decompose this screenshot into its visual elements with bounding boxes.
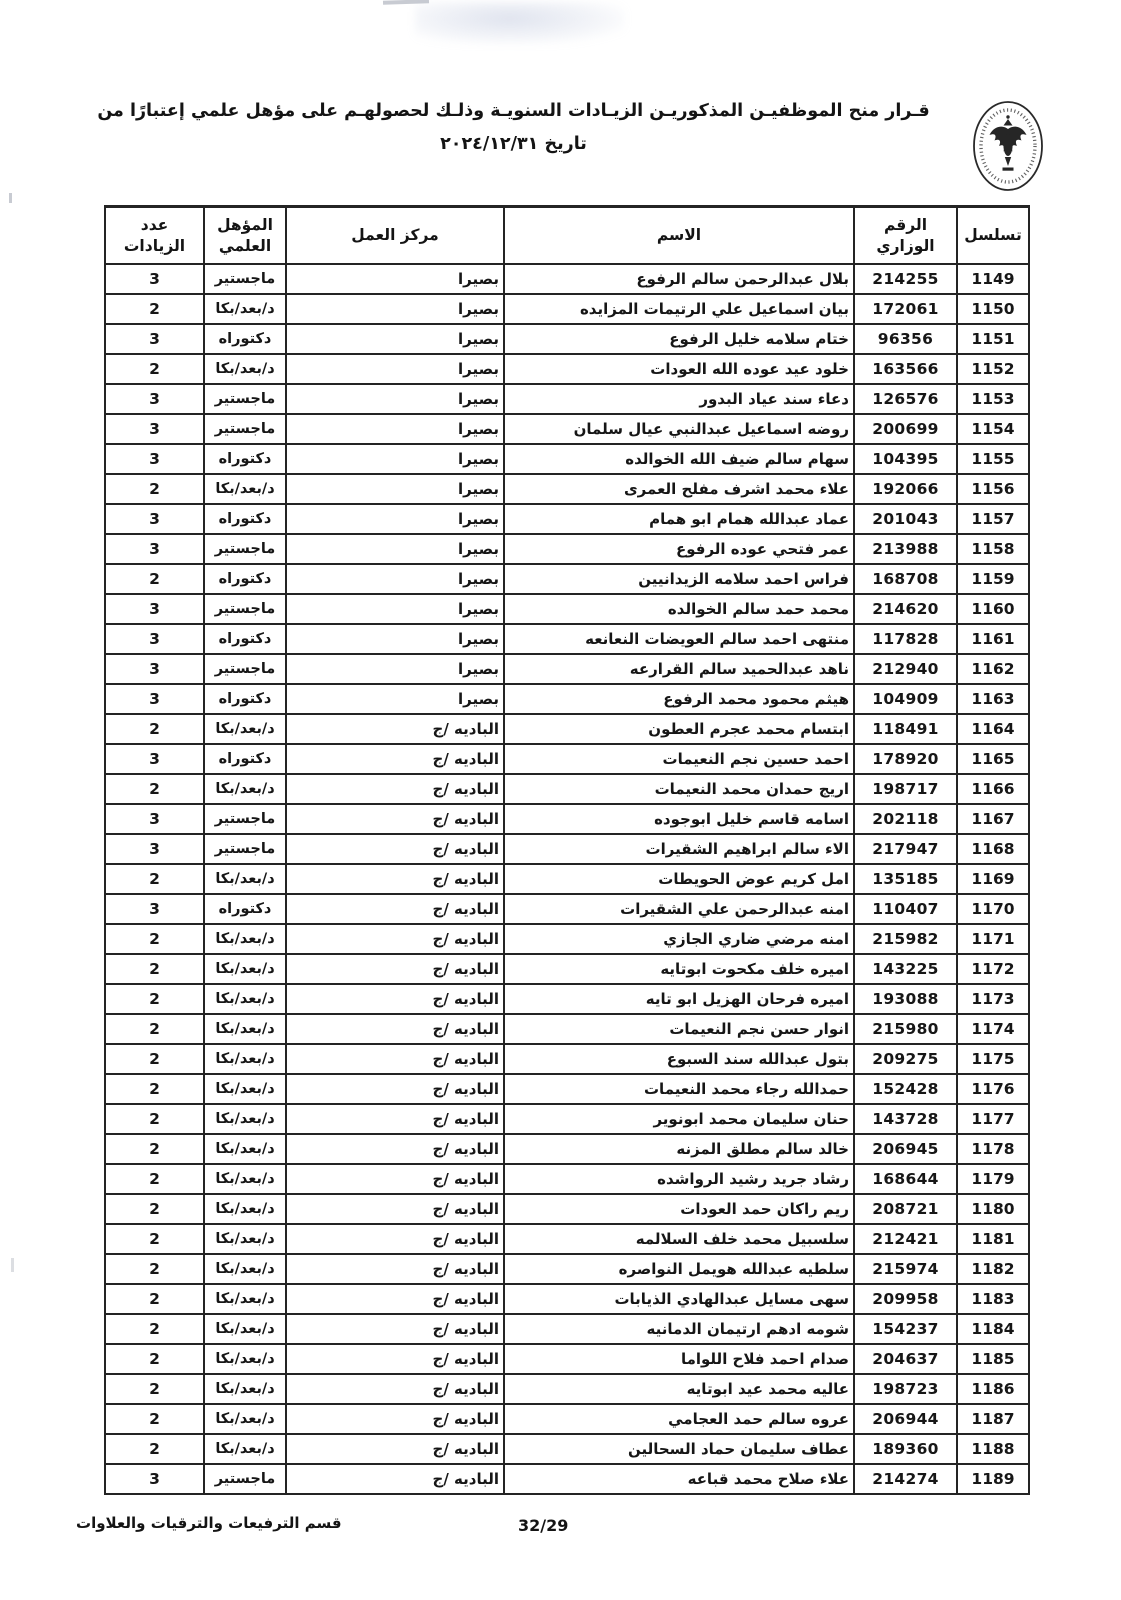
cell-work_center: الباديه /ج (286, 834, 504, 864)
table-row: 1155104395سهام سالم ضيف الله الخوالدهبصي… (105, 444, 1029, 474)
cell-qualification: د/بعد/بكا (204, 774, 286, 804)
cell-name: محمد حمد سالم الخوالده (504, 594, 854, 624)
cell-qualification: د/بعد/بكا (204, 1194, 286, 1224)
table-row: 1149214255بلال عبدالرحمن سالم الرفوعبصير… (105, 264, 1029, 294)
cell-qualification: دكتوراه (204, 564, 286, 594)
cell-name: خلود عيد عوده الله العودات (504, 354, 854, 384)
cell-work_center: الباديه /ج (286, 1434, 504, 1464)
cell-work_center: الباديه /ج (286, 1314, 504, 1344)
table-row: 1166198717اريج حمدان محمد النعيماتالبادي… (105, 774, 1029, 804)
cell-ministry_number: 104909 (854, 684, 957, 714)
cell-increments: 2 (105, 354, 204, 384)
cell-serial: 1173 (957, 984, 1029, 1014)
table-row: 1177143728حنان سليمان محمد ابونويرالبادي… (105, 1104, 1029, 1134)
cell-qualification: دكتوراه (204, 624, 286, 654)
document-footer: قسم الترفيعات والترقيات والعلاوات 32/29 (0, 1514, 1121, 1544)
cell-ministry_number: 214255 (854, 264, 957, 294)
table-row: 1158213988عمر فتحي عوده الرفوعبصيراماجست… (105, 534, 1029, 564)
cell-ministry_number: 215974 (854, 1254, 957, 1284)
table-row: 1174215980انوار حسن نجم النعيماتالباديه … (105, 1014, 1029, 1044)
cell-qualification: د/بعد/بكا (204, 924, 286, 954)
cell-serial: 1187 (957, 1404, 1029, 1434)
table-row: 1168217947الاء سالم ابراهيم الشقيراتالبا… (105, 834, 1029, 864)
cell-increments: 3 (105, 834, 204, 864)
cell-qualification: د/بعد/بكا (204, 1344, 286, 1374)
cell-work_center: بصيرا (286, 654, 504, 684)
cell-ministry_number: 198717 (854, 774, 957, 804)
cell-increments: 2 (105, 1044, 204, 1074)
cell-serial: 1183 (957, 1284, 1029, 1314)
cell-qualification: ماجستير (204, 834, 286, 864)
table-row: 1188189360عطاف سليمان حماد السحالينالباد… (105, 1434, 1029, 1464)
cell-serial: 1171 (957, 924, 1029, 954)
table-row: 115196356ختام سلامه خليل الرفوعبصيرادكتو… (105, 324, 1029, 354)
cell-name: روضه اسماعيل عبدالنبي عيال سلمان (504, 414, 854, 444)
cell-name: علاء صلاح محمد قباعه (504, 1464, 854, 1494)
table-row: 1176152428حمدالله رجاء محمد النعيماتالبا… (105, 1074, 1029, 1104)
cell-ministry_number: 214274 (854, 1464, 957, 1494)
cell-name: اميره خلف مكحوت ابوتايه (504, 954, 854, 984)
cell-serial: 1149 (957, 264, 1029, 294)
cell-ministry_number: 96356 (854, 324, 957, 354)
cell-serial: 1181 (957, 1224, 1029, 1254)
table-row: 1152163566خلود عيد عوده الله العوداتبصير… (105, 354, 1029, 384)
cell-qualification: د/بعد/بكا (204, 1284, 286, 1314)
cell-work_center: بصيرا (286, 564, 504, 594)
cell-serial: 1175 (957, 1044, 1029, 1074)
cell-qualification: د/بعد/بكا (204, 1314, 286, 1344)
table-row: 1182215974سلطيه عبدالله هويمل النواصرهال… (105, 1254, 1029, 1284)
cell-work_center: بصيرا (286, 504, 504, 534)
cell-ministry_number: 104395 (854, 444, 957, 474)
cell-qualification: د/بعد/بكا (204, 1254, 286, 1284)
cell-qualification: د/بعد/بكا (204, 714, 286, 744)
increments-table: تسلسل الرقم الوزاري الاسم مركز العمل الم… (104, 205, 1030, 1495)
cell-serial: 1189 (957, 1464, 1029, 1494)
cell-name: امنه عبدالرحمن علي الشقيرات (504, 894, 854, 924)
col-header-qualification: المؤهل العلمي (204, 207, 286, 265)
cell-name: عمر فتحي عوده الرفوع (504, 534, 854, 564)
table-row: 1175209275بتول عبدالله سند السبوعالباديه… (105, 1044, 1029, 1074)
cell-increments: 2 (105, 924, 204, 954)
cell-name: سهى مسايل عبدالهادي الذيابات (504, 1284, 854, 1314)
cell-work_center: بصيرا (286, 474, 504, 504)
cell-increments: 2 (105, 1434, 204, 1464)
cell-increments: 2 (105, 1104, 204, 1134)
cell-ministry_number: 202118 (854, 804, 957, 834)
cell-qualification: دكتوراه (204, 744, 286, 774)
cell-qualification: د/بعد/بكا (204, 1404, 286, 1434)
cell-serial: 1158 (957, 534, 1029, 564)
cell-work_center: بصيرا (286, 414, 504, 444)
footer-page-number: 32/29 (518, 1516, 568, 1535)
cell-ministry_number: 143225 (854, 954, 957, 984)
cell-work_center: بصيرا (286, 594, 504, 624)
cell-ministry_number: 206945 (854, 1134, 957, 1164)
cell-name: دعاء سند عياد البدور (504, 384, 854, 414)
cell-qualification: ماجستير (204, 594, 286, 624)
cell-serial: 1164 (957, 714, 1029, 744)
cell-increments: 3 (105, 534, 204, 564)
cell-qualification: د/بعد/بكا (204, 1224, 286, 1254)
table-row: 1178206945خالد سالم مطلق المزنهالباديه /… (105, 1134, 1029, 1164)
cell-name: احمد حسين نجم النعيمات (504, 744, 854, 774)
cell-ministry_number: 200699 (854, 414, 957, 444)
cell-qualification: دكتوراه (204, 684, 286, 714)
cell-serial: 1154 (957, 414, 1029, 444)
cell-ministry_number: 206944 (854, 1404, 957, 1434)
cell-serial: 1163 (957, 684, 1029, 714)
cell-increments: 3 (105, 444, 204, 474)
table-row: 1160214620محمد حمد سالم الخوالدهبصيراماج… (105, 594, 1029, 624)
cell-increments: 2 (105, 1374, 204, 1404)
cell-serial: 1184 (957, 1314, 1029, 1344)
cell-serial: 1166 (957, 774, 1029, 804)
cell-increments: 2 (105, 1194, 204, 1224)
cell-serial: 1186 (957, 1374, 1029, 1404)
cell-name: عروه سالم حمد العجامي (504, 1404, 854, 1434)
col-header-serial: تسلسل (957, 207, 1029, 265)
cell-ministry_number: 193088 (854, 984, 957, 1014)
decision-title-text: قـرار منح الموظفيـن المذكوريـن الزيـادات… (70, 98, 957, 125)
cell-increments: 3 (105, 594, 204, 624)
cell-work_center: الباديه /ج (286, 804, 504, 834)
cell-work_center: الباديه /ج (286, 1344, 504, 1374)
cell-increments: 2 (105, 1314, 204, 1344)
cell-work_center: بصيرا (286, 684, 504, 714)
cell-increments: 2 (105, 1404, 204, 1434)
cell-ministry_number: 212940 (854, 654, 957, 684)
cell-work_center: الباديه /ج (286, 1284, 504, 1314)
cell-ministry_number: 198723 (854, 1374, 957, 1404)
cell-name: سلسبيل محمد خلف السلالمه (504, 1224, 854, 1254)
cell-serial: 1165 (957, 744, 1029, 774)
table-row: 1185204637صدام احمد فلاح اللواماالباديه … (105, 1344, 1029, 1374)
cell-work_center: الباديه /ج (286, 1134, 504, 1164)
table-row: 1154200699روضه اسماعيل عبدالنبي عيال سلم… (105, 414, 1029, 444)
cell-qualification: ماجستير (204, 654, 286, 684)
cell-ministry_number: 215980 (854, 1014, 957, 1044)
cell-serial: 1153 (957, 384, 1029, 414)
cell-name: ريم راكان حمد العودات (504, 1194, 854, 1224)
cell-work_center: الباديه /ج (286, 864, 504, 894)
cell-serial: 1174 (957, 1014, 1029, 1044)
cell-work_center: الباديه /ج (286, 1074, 504, 1104)
cell-work_center: الباديه /ج (286, 1104, 504, 1134)
cell-increments: 2 (105, 864, 204, 894)
cell-serial: 1157 (957, 504, 1029, 534)
cell-ministry_number: 192066 (854, 474, 957, 504)
cell-increments: 2 (105, 1254, 204, 1284)
scan-speck (11, 1258, 14, 1272)
table-header: تسلسل الرقم الوزاري الاسم مركز العمل الم… (105, 207, 1029, 265)
col-header-increments: عدد الزيادات (105, 207, 204, 265)
cell-ministry_number: 117828 (854, 624, 957, 654)
cell-work_center: الباديه /ج (286, 1194, 504, 1224)
table-row: 1170110407امنه عبدالرحمن علي الشقيراتالب… (105, 894, 1029, 924)
cell-work_center: بصيرا (286, 354, 504, 384)
table-row: 1184154237شومه ادهم ارتيمان الدمانيهالبا… (105, 1314, 1029, 1344)
cell-work_center: بصيرا (286, 294, 504, 324)
cell-work_center: الباديه /ج (286, 924, 504, 954)
cell-name: بتول عبدالله سند السبوع (504, 1044, 854, 1074)
cell-name: حنان سليمان محمد ابونوير (504, 1104, 854, 1134)
cell-name: بيان اسماعيل علي الرتيمات المزايده (504, 294, 854, 324)
cell-ministry_number: 215982 (854, 924, 957, 954)
document-header: قـرار منح الموظفيـن المذكوريـن الزيـادات… (70, 96, 1045, 194)
table-row: 1156192066علاء محمد اشرف مفلح العمرىبصير… (105, 474, 1029, 504)
table-row: 1189214274علاء صلاح محمد قباعهالباديه /ج… (105, 1464, 1029, 1494)
cell-serial: 1172 (957, 954, 1029, 984)
cell-increments: 3 (105, 504, 204, 534)
cell-name: انوار حسن نجم النعيمات (504, 1014, 854, 1044)
cell-serial: 1168 (957, 834, 1029, 864)
cell-qualification: د/بعد/بكا (204, 954, 286, 984)
table-row: 1162212940ناهد عبدالحميد سالم القرارعهبص… (105, 654, 1029, 684)
cell-ministry_number: 163566 (854, 354, 957, 384)
cell-increments: 3 (105, 1464, 204, 1494)
cell-name: اميره فرحان الهزيل ابو تايه (504, 984, 854, 1014)
table-row: 1167202118اسامه قاسم خليل ابوجودهالباديه… (105, 804, 1029, 834)
cell-ministry_number: 201043 (854, 504, 957, 534)
cell-increments: 2 (105, 954, 204, 984)
cell-increments: 3 (105, 684, 204, 714)
table-row: 1157201043عماد عبدالله همام ابو همامبصير… (105, 504, 1029, 534)
cell-name: خالد سالم مطلق المزنه (504, 1134, 854, 1164)
cell-name: ختام سلامه خليل الرفوع (504, 324, 854, 354)
cell-qualification: د/بعد/بكا (204, 1374, 286, 1404)
cell-qualification: ماجستير (204, 1464, 286, 1494)
table-row: 1183209958سهى مسايل عبدالهادي الذياباتال… (105, 1284, 1029, 1314)
cell-increments: 3 (105, 264, 204, 294)
cell-work_center: الباديه /ج (286, 954, 504, 984)
cell-serial: 1169 (957, 864, 1029, 894)
cell-ministry_number: 209275 (854, 1044, 957, 1074)
cell-ministry_number: 214620 (854, 594, 957, 624)
cell-serial: 1155 (957, 444, 1029, 474)
cell-serial: 1188 (957, 1434, 1029, 1464)
cell-increments: 2 (105, 714, 204, 744)
cell-name: امنه مرضي ضاري الجازي (504, 924, 854, 954)
cell-serial: 1176 (957, 1074, 1029, 1104)
cell-increments: 2 (105, 1074, 204, 1104)
cell-increments: 3 (105, 624, 204, 654)
cell-ministry_number: 135185 (854, 864, 957, 894)
cell-ministry_number: 118491 (854, 714, 957, 744)
cell-work_center: الباديه /ج (286, 1014, 504, 1044)
cell-serial: 1185 (957, 1344, 1029, 1374)
cell-ministry_number: 189360 (854, 1434, 957, 1464)
table-row: 1164118491ابتسام محمد عجرم العطونالباديه… (105, 714, 1029, 744)
cell-increments: 2 (105, 564, 204, 594)
col-header-name: الاسم (504, 207, 854, 265)
cell-name: فراس احمد سلامه الزيدانيين (504, 564, 854, 594)
cell-qualification: دكتوراه (204, 504, 286, 534)
cell-qualification: ماجستير (204, 384, 286, 414)
cell-work_center: بصيرا (286, 534, 504, 564)
cell-work_center: الباديه /ج (286, 1464, 504, 1494)
cell-ministry_number: 126576 (854, 384, 957, 414)
cell-serial: 1159 (957, 564, 1029, 594)
table-body: 1149214255بلال عبدالرحمن سالم الرفوعبصير… (105, 264, 1029, 1494)
cell-serial: 1182 (957, 1254, 1029, 1284)
cell-work_center: الباديه /ج (286, 714, 504, 744)
cell-qualification: ماجستير (204, 804, 286, 834)
cell-qualification: دكتوراه (204, 324, 286, 354)
cell-name: عاليه محمد عيد ابوتايه (504, 1374, 854, 1404)
cell-qualification: د/بعد/بكا (204, 1074, 286, 1104)
cell-increments: 3 (105, 804, 204, 834)
table-row: 1172143225اميره خلف مكحوت ابوتايهالباديه… (105, 954, 1029, 984)
cell-name: حمدالله رجاء محمد النعيمات (504, 1074, 854, 1104)
cell-name: هيثم محمود محمد الرفوع (504, 684, 854, 714)
table-row: 1169135185امل كريم عوض الحويطاتالباديه /… (105, 864, 1029, 894)
cell-qualification: دكتوراه (204, 444, 286, 474)
cell-work_center: الباديه /ج (286, 1164, 504, 1194)
footer-department: قسم الترفيعات والترقيات والعلاوات (76, 1514, 342, 1532)
cell-name: بلال عبدالرحمن سالم الرفوع (504, 264, 854, 294)
cell-serial: 1152 (957, 354, 1029, 384)
cell-qualification: د/بعد/بكا (204, 1164, 286, 1194)
decision-title-date: تاريخ ٢٠٢٤/١٢/٣١ (70, 134, 957, 154)
cell-work_center: بصيرا (286, 624, 504, 654)
cell-work_center: الباديه /ج (286, 1404, 504, 1434)
cell-increments: 2 (105, 984, 204, 1014)
cell-work_center: الباديه /ج (286, 1374, 504, 1404)
cell-increments: 2 (105, 474, 204, 504)
cell-name: سلطيه عبدالله هويمل النواصره (504, 1254, 854, 1284)
cell-serial: 1180 (957, 1194, 1029, 1224)
cell-increments: 2 (105, 1134, 204, 1164)
cell-serial: 1161 (957, 624, 1029, 654)
cell-qualification: ماجستير (204, 414, 286, 444)
cell-qualification: د/بعد/بكا (204, 984, 286, 1014)
cell-ministry_number: 212421 (854, 1224, 957, 1254)
cell-increments: 3 (105, 894, 204, 924)
table-row: 1179168644رشاد جريد رشيد الرواشدهالباديه… (105, 1164, 1029, 1194)
cell-name: الاء سالم ابراهيم الشقيرات (504, 834, 854, 864)
cell-serial: 1177 (957, 1104, 1029, 1134)
document-page: قـرار منح الموظفيـن المذكوريـن الزيـادات… (0, 0, 1121, 1600)
table-row: 1153126576دعاء سند عياد البدوربصيراماجست… (105, 384, 1029, 414)
cell-work_center: بصيرا (286, 384, 504, 414)
table-row: 1173193088اميره فرحان الهزيل ابو تايهالب… (105, 984, 1029, 1014)
cell-work_center: بصيرا (286, 264, 504, 294)
table-row: 1187206944عروه سالم حمد العجاميالباديه /… (105, 1404, 1029, 1434)
table-row: 1150172061بيان اسماعيل علي الرتيمات المز… (105, 294, 1029, 324)
cell-qualification: د/بعد/بكا (204, 1044, 286, 1074)
cell-serial: 1156 (957, 474, 1029, 504)
cell-name: ناهد عبدالحميد سالم القرارعه (504, 654, 854, 684)
cell-serial: 1178 (957, 1134, 1029, 1164)
cell-ministry_number: 110407 (854, 894, 957, 924)
cell-qualification: ماجستير (204, 534, 286, 564)
cell-work_center: الباديه /ج (286, 1254, 504, 1284)
table-row: 1163104909هيثم محمود محمد الرفوعبصيرادكت… (105, 684, 1029, 714)
cell-work_center: الباديه /ج (286, 744, 504, 774)
cell-ministry_number: 168644 (854, 1164, 957, 1194)
scan-speck (9, 193, 12, 203)
cell-name: صدام احمد فلاح اللواما (504, 1344, 854, 1374)
cell-increments: 2 (105, 1164, 204, 1194)
cell-work_center: الباديه /ج (286, 1224, 504, 1254)
cell-qualification: د/بعد/بكا (204, 294, 286, 324)
table-header-row: تسلسل الرقم الوزاري الاسم مركز العمل الم… (105, 207, 1029, 265)
cell-qualification: ماجستير (204, 264, 286, 294)
cell-increments: 2 (105, 1014, 204, 1044)
cell-serial: 1162 (957, 654, 1029, 684)
table-row: 1159168708فراس احمد سلامه الزيدانيينبصير… (105, 564, 1029, 594)
cell-serial: 1170 (957, 894, 1029, 924)
cell-qualification: د/بعد/بكا (204, 864, 286, 894)
cell-name: رشاد جريد رشيد الرواشده (504, 1164, 854, 1194)
cell-ministry_number: 209958 (854, 1284, 957, 1314)
cell-ministry_number: 178920 (854, 744, 957, 774)
cell-work_center: الباديه /ج (286, 984, 504, 1014)
cell-increments: 2 (105, 1224, 204, 1254)
cell-qualification: د/بعد/بكا (204, 474, 286, 504)
cell-ministry_number: 152428 (854, 1074, 957, 1104)
ministry-emblem-icon (971, 98, 1045, 194)
cell-work_center: الباديه /ج (286, 894, 504, 924)
cell-name: شومه ادهم ارتيمان الدمانيه (504, 1314, 854, 1344)
cell-ministry_number: 204637 (854, 1344, 957, 1374)
table-row: 1186198723عاليه محمد عيد ابوتايهالباديه … (105, 1374, 1029, 1404)
cell-work_center: الباديه /ج (286, 774, 504, 804)
cell-name: علاء محمد اشرف مفلح العمرى (504, 474, 854, 504)
cell-ministry_number: 217947 (854, 834, 957, 864)
cell-name: سهام سالم ضيف الله الخوالده (504, 444, 854, 474)
cell-increments: 2 (105, 294, 204, 324)
cell-serial: 1151 (957, 324, 1029, 354)
table-row: 1181212421سلسبيل محمد خلف السلالمهالبادي… (105, 1224, 1029, 1254)
cell-increments: 2 (105, 1344, 204, 1374)
cell-ministry_number: 208721 (854, 1194, 957, 1224)
cell-ministry_number: 172061 (854, 294, 957, 324)
cell-name: منتهى احمد سالم العويضات النعانعه (504, 624, 854, 654)
cell-increments: 3 (105, 654, 204, 684)
decision-title-block: قـرار منح الموظفيـن المذكوريـن الزيـادات… (70, 96, 957, 154)
cell-name: امل كريم عوض الحويطات (504, 864, 854, 894)
cell-qualification: د/بعد/بكا (204, 1134, 286, 1164)
increments-table-wrapper: تسلسل الرقم الوزاري الاسم مركز العمل الم… (106, 205, 1030, 1495)
col-header-work-center: مركز العمل (286, 207, 504, 265)
cell-ministry_number: 168708 (854, 564, 957, 594)
cell-work_center: بصيرا (286, 444, 504, 474)
cell-increments: 3 (105, 744, 204, 774)
scan-smudge (415, 2, 625, 44)
cell-increments: 2 (105, 774, 204, 804)
col-header-ministry-number: الرقم الوزاري (854, 207, 957, 265)
cell-increments: 3 (105, 324, 204, 354)
cell-serial: 1179 (957, 1164, 1029, 1194)
cell-increments: 3 (105, 414, 204, 444)
table-row: 1165178920احمد حسين نجم النعيماتالباديه … (105, 744, 1029, 774)
cell-work_center: الباديه /ج (286, 1044, 504, 1074)
cell-name: اسامه قاسم خليل ابوجوده (504, 804, 854, 834)
cell-qualification: د/بعد/بكا (204, 1434, 286, 1464)
table-row: 1180208721ريم راكان حمد العوداتالباديه /… (105, 1194, 1029, 1224)
table-row: 1161117828منتهى احمد سالم العويضات النعا… (105, 624, 1029, 654)
cell-name: ابتسام محمد عجرم العطون (504, 714, 854, 744)
cell-qualification: د/بعد/بكا (204, 354, 286, 384)
cell-serial: 1160 (957, 594, 1029, 624)
cell-ministry_number: 143728 (854, 1104, 957, 1134)
cell-qualification: د/بعد/بكا (204, 1104, 286, 1134)
cell-qualification: دكتوراه (204, 894, 286, 924)
cell-work_center: بصيرا (286, 324, 504, 354)
cell-serial: 1150 (957, 294, 1029, 324)
